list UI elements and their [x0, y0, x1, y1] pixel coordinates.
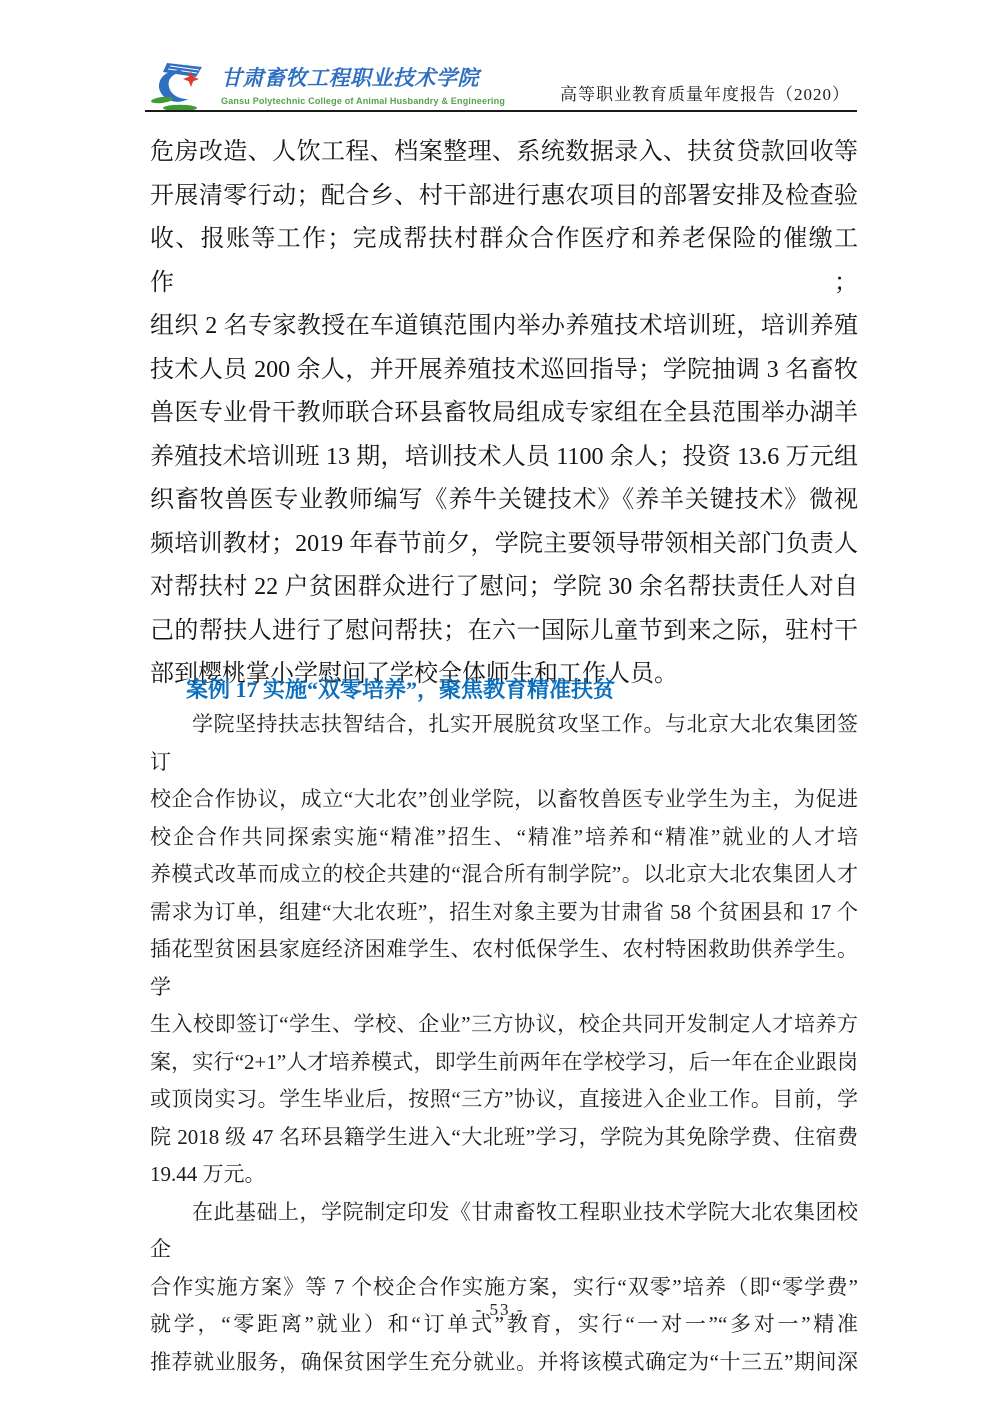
text-line: 推荐就业服务，确保贫困学生充分就业。并将该模式确定为“十三五”期间深 [150, 1344, 858, 1382]
text-line: 插花型贫困县家庭经济困难学生、农村低保学生、农村特困救助供养学生。学 [150, 931, 858, 1006]
document-page: 甘肃畜牧工程职业技术学院 Gansu Polytechnic College o… [0, 0, 1000, 1414]
page-number: - 53 - [0, 1300, 1000, 1320]
text-line: 危房改造、人饮工程、档案整理、系统数据录入、扶贫贷款回收等 [150, 131, 858, 175]
text-line: 组织 2 名专家教授在车道镇范围内举办养殖技术培训班，培训养殖 [150, 305, 858, 349]
report-title: 高等职业教育质量年度报告（2020） [560, 80, 850, 105]
text-line: 养殖技术培训班 13 期，培训技术人员 1100 余人；投资 13.6 万元组 [150, 436, 858, 480]
college-logo-icon [150, 58, 214, 114]
text-line: 织畜牧兽医专业教师编写《养牛关键技术》《养羊关键技术》微视 [150, 479, 858, 523]
text-line: 校企合作协议，成立“大北农”创业学院，以畜牧兽医专业学生为主，为促进 [150, 781, 858, 819]
text-line: 或顶岗实习。学生毕业后，按照“三方”协议，直接进入企业工作。目前，学 [150, 1081, 858, 1119]
text-line: 生入校即签订“学生、学校、企业”三方协议，校企共同开发制定人才培养方 [150, 1006, 858, 1044]
text-line: 技术人员 200 余人，并开展养殖技术巡回指导；学院抽调 3 名畜牧 [150, 349, 858, 393]
header-divider [145, 110, 857, 112]
text-line: 学院坚持扶志扶智结合，扎实开展脱贫攻坚工作。与北京大北农集团签订 [150, 706, 858, 781]
college-name-cn: 甘肃畜牧工程职业技术学院 [221, 62, 505, 92]
text-line: 频培训教材；2019 年春节前夕，学院主要领导带领相关部门负责人 [150, 523, 858, 567]
case-study-body: 学院坚持扶志扶智结合，扎实开展脱贫攻坚工作。与北京大北农集团签订 校企合作协议，… [150, 706, 858, 1381]
text-line: 养模式改革而成立的校企共建的“混合所有制学院”。以北京大北农集团人才 [150, 856, 858, 894]
text-line: 19.44 万元。 [150, 1156, 858, 1194]
text-line: 己的帮扶人进行了慰问帮扶；在六一国际儿童节到来之际，驻村干 [150, 610, 858, 654]
text-line: 对帮扶村 22 户贫困群众进行了慰问；学院 30 余名帮扶责任人对自 [150, 566, 858, 610]
text-line: 院 2018 级 47 名环县籍学生进入“大北班”学习，学院为其免除学费、住宿费 [150, 1119, 858, 1157]
text-line: 收、报账等工作；完成帮扶村群众合作医疗和养老保险的催缴工作； [150, 218, 858, 305]
text-line: 需求为订单，组建“大北农班”，招生对象主要为甘肃省 58 个贫困县和 17 个 [150, 894, 858, 932]
text-line: 校企合作共同探索实施“精准”招生、“精准”培养和“精准”就业的人才培 [150, 819, 858, 857]
text-line: 在此基础上，学院制定印发《甘肃畜牧工程职业技术学院大北农集团校企 [150, 1194, 858, 1269]
text-line: 开展清零行动；配合乡、村干部进行惠农项目的部署安排及检查验 [150, 175, 858, 219]
college-name-en: Gansu Polytechnic College of Animal Husb… [221, 96, 505, 106]
continued-paragraph: 危房改造、人饮工程、档案整理、系统数据录入、扶贫贷款回收等 开展清零行动；配合乡… [150, 131, 858, 697]
case-study-heading: 案例 17 实施“双零培养”，聚焦教育精准扶贫 [186, 673, 615, 704]
college-logo-text: 甘肃畜牧工程职业技术学院 Gansu Polytechnic College o… [221, 62, 505, 106]
text-line: 案，实行“2+1”人才培养模式，即学生前两年在学校学习，后一年在企业跟岗 [150, 1044, 858, 1082]
text-line: 兽医专业骨干教师联合环县畜牧局组成专家组在全县范围举办湖羊 [150, 392, 858, 436]
